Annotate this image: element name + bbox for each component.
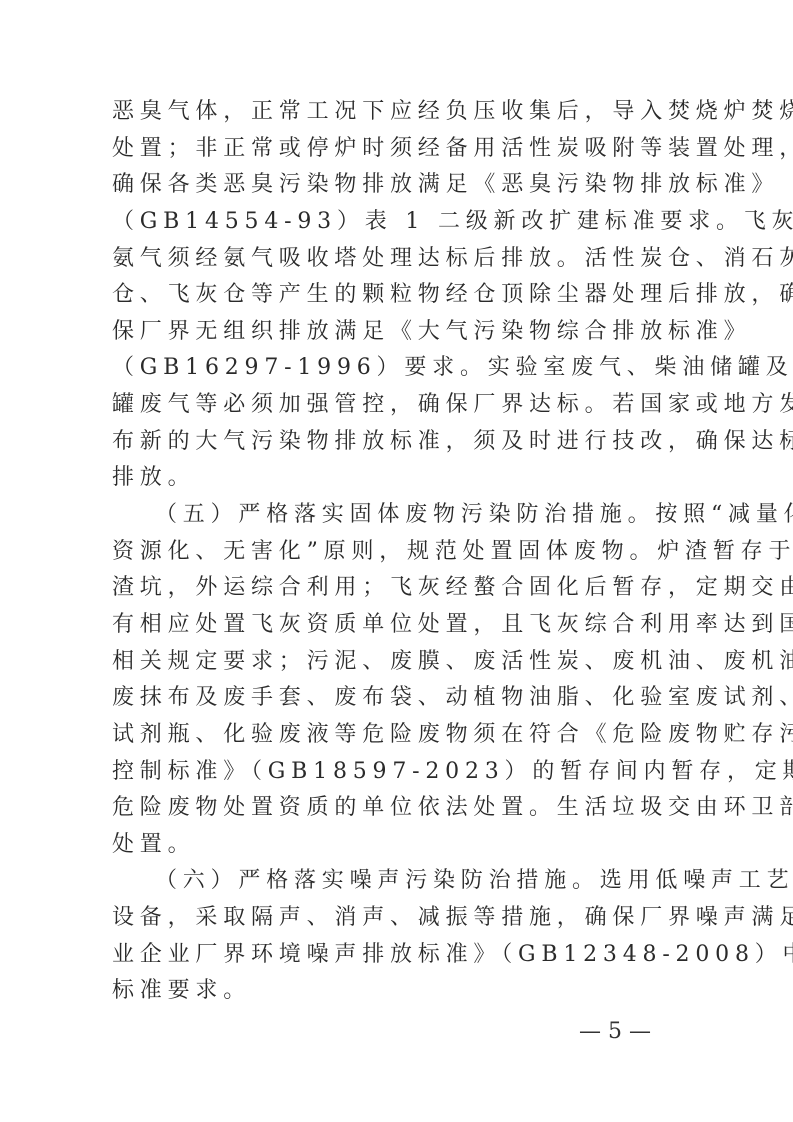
text-line: 确保各类恶臭污染物排放满足《恶臭污染物排放标准》 xyxy=(112,167,674,204)
text-line: 保厂界无组织排放满足《大气污染物综合排放标准》 xyxy=(112,314,674,351)
text-line: 业企业厂界环境噪声排放标准》（GB12348-2008）中 2 类 xyxy=(112,937,674,974)
text-line: 渣坑，外运综合利用；飞灰经螯合固化后暂存，定期交由具 xyxy=(112,570,674,607)
text-line: 处置。 xyxy=(112,827,674,864)
text-line: 危险废物处置资质的单位依法处置。生活垃圾交由环卫部门 xyxy=(112,790,674,827)
text-line: 处置；非正常或停炉时须经备用活性炭吸附等装置处理， xyxy=(112,131,674,168)
section-5-heading-line: （五）严格落实固体废物污染防治措施。按照“减量化、 xyxy=(112,497,674,534)
text-line: 设备，采取隔声、消声、减振等措施，确保厂界噪声满足《工 xyxy=(112,900,674,937)
text-line: 恶臭气体，正常工况下应经负压收集后，导入焚烧炉焚烧 xyxy=(112,94,674,131)
text-line: 有相应处置飞灰资质单位处置，且飞灰综合利用率达到国家 xyxy=(112,607,674,644)
text-line: 相关规定要求；污泥、废膜、废活性炭、废机油、废机油桶、 xyxy=(112,644,674,681)
text-line: 控制标准》（GB18597-2023）的暂存间内暂存，定期交由有 xyxy=(112,754,674,791)
text-line: 氨气须经氨气吸收塔处理达标后排放。活性炭仓、消石灰 xyxy=(112,241,674,278)
text-line: 试剂瓶、化验废液等危险废物须在符合《危险废物贮存污染 xyxy=(112,717,674,754)
text-line: 排放。 xyxy=(112,460,674,497)
text-line: 标准要求。 xyxy=(112,973,674,1010)
section-6-heading-line: （六）严格落实噪声污染防治措施。选用低噪声工艺和 xyxy=(112,863,674,900)
text-line: （GB16297-1996）要求。实验室废气、柴油储罐及氨水储 xyxy=(112,350,674,387)
body-text: 恶臭气体，正常工况下应经负压收集后，导入焚烧炉焚烧 处置；非正常或停炉时须经备用… xyxy=(112,94,674,1010)
text-line: 罐废气等必须加强管控，确保厂界达标。若国家或地方发 xyxy=(112,387,674,424)
page-number: — 5 — xyxy=(560,1018,670,1046)
document-page: 恶臭气体，正常工况下应经负压收集后，导入焚烧炉焚烧 处置；非正常或停炉时须经备用… xyxy=(0,0,793,1122)
text-line: 仓、飞灰仓等产生的颗粒物经仓顶除尘器处理后排放，确 xyxy=(112,277,674,314)
text-line: 布新的大气污染物排放标准，须及时进行技改，确保达标 xyxy=(112,424,674,461)
text-line: 废抹布及废手套、废布袋、动植物油脂、化验室废试剂、废 xyxy=(112,680,674,717)
text-line: （GB14554-93）表 1 二级新改扩建标准要求。飞灰暂存库 xyxy=(112,204,674,241)
text-line: 资源化、无害化”原则，规范处置固体废物。炉渣暂存于炉 xyxy=(112,534,674,571)
